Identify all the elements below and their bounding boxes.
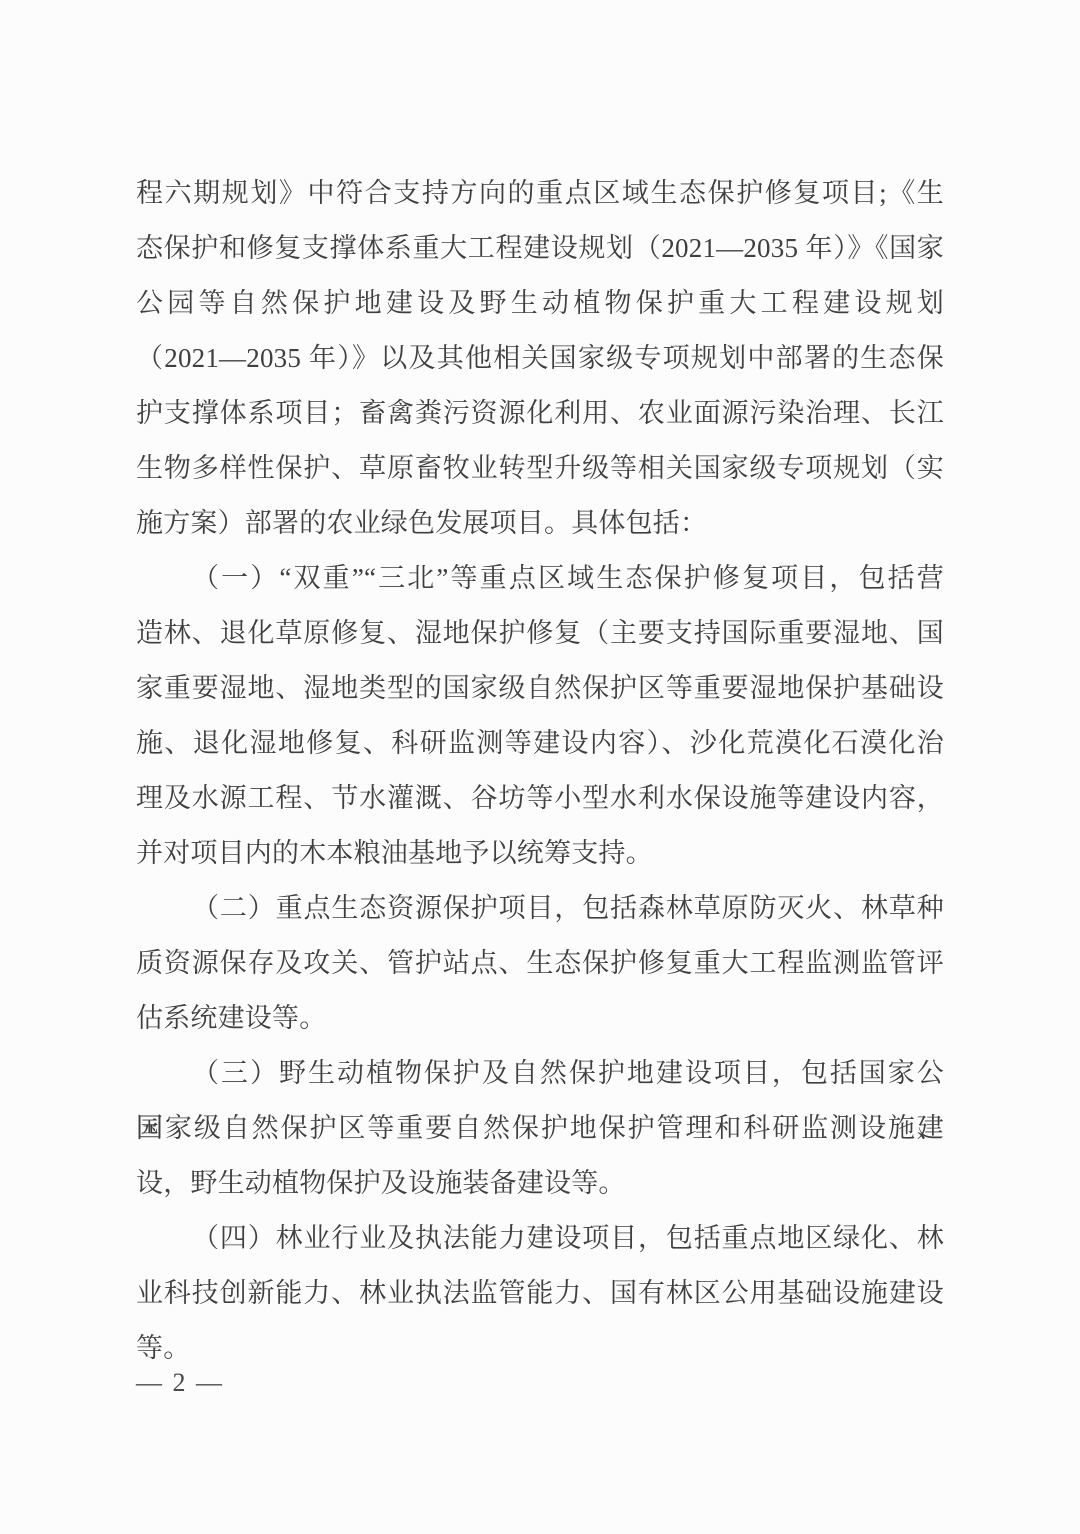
text-line: 等。 — [136, 1321, 944, 1376]
text-line: 生物多样性保护、草原畜牧业转型升级等相关国家级专项规划（实 — [136, 441, 944, 496]
text-line: （四）林业行业及执法能力建设项目，包括重点地区绿化、林 — [136, 1211, 944, 1266]
text-line: 施、退化湿地修复、科研监测等建设内容）、沙化荒漠化石漠化治 — [136, 716, 944, 771]
text-line: 施方案）部署的农业绿色发展项目。具体包括： — [136, 496, 944, 551]
text-line: 国家级自然保护区等重要自然保护地保护管理和科研监测设施建 — [136, 1101, 944, 1156]
paragraph-item-2: （二）重点生态资源保护项目，包括森林草原防灭火、林草种质资源保存及攻关、管护站点… — [136, 881, 944, 1046]
text-line: 程六期规划》中符合支持方向的重点区域生态保护修复项目;《生 — [136, 166, 944, 221]
text-line: 业科技创新能力、林业执法监管能力、国有林区公用基础设施建设 — [136, 1266, 944, 1321]
text-line: 护支撑体系项目；畜禽粪污资源化利用、农业面源污染治理、长江 — [136, 386, 944, 441]
text-block: 程六期规划》中符合支持方向的重点区域生态保护修复项目;《生态保护和修复支撑体系重… — [136, 166, 944, 1376]
paragraph-item-4: （四）林业行业及执法能力建设项目，包括重点地区绿化、林业科技创新能力、林业执法监… — [136, 1211, 944, 1376]
text-line: 理及水源工程、节水灌溉、谷坊等小型水利水保设施等建设内容， — [136, 771, 944, 826]
text-line: （二）重点生态资源保护项目，包括森林草原防灭火、林草种 — [136, 881, 944, 936]
paragraph-item-3: （三）野生动植物保护及自然保护地建设项目，包括国家公园、国家级自然保护区等重要自… — [136, 1046, 944, 1211]
document-page: 程六期规划》中符合支持方向的重点区域生态保护修复项目;《生态保护和修复支撑体系重… — [0, 0, 1080, 1534]
text-line: 公园等自然保护地建设及野生动植物保护重大工程建设规划 — [136, 276, 944, 331]
text-line: 造林、退化草原修复、湿地保护修复（主要支持国际重要湿地、国 — [136, 606, 944, 661]
paragraph-continuation: 程六期规划》中符合支持方向的重点区域生态保护修复项目;《生态保护和修复支撑体系重… — [136, 166, 944, 551]
text-line: （一）“双重”“三北”等重点区域生态保护修复项目，包括营 — [136, 551, 944, 606]
text-line: （2021—2035 年）》以及其他相关国家级专项规划中部署的生态保 — [136, 331, 944, 386]
text-line: 并对项目内的木本粮油基地予以统筹支持。 — [136, 826, 944, 881]
page-number: — 2 — — [136, 1366, 224, 1400]
text-line: 质资源保存及攻关、管护站点、生态保护修复重大工程监测监管评 — [136, 936, 944, 991]
paragraph-item-1: （一）“双重”“三北”等重点区域生态保护修复项目，包括营造林、退化草原修复、湿地… — [136, 551, 944, 881]
text-line: 家重要湿地、湿地类型的国家级自然保护区等重要湿地保护基础设 — [136, 661, 944, 716]
text-line: 态保护和修复支撑体系重大工程建设规划（2021—2035 年）》《国家 — [136, 221, 944, 276]
text-line: 设，野生动植物保护及设施装备建设等。 — [136, 1156, 944, 1211]
text-line: 估系统建设等。 — [136, 991, 944, 1046]
text-line: （三）野生动植物保护及自然保护地建设项目，包括国家公园、 — [136, 1046, 944, 1101]
